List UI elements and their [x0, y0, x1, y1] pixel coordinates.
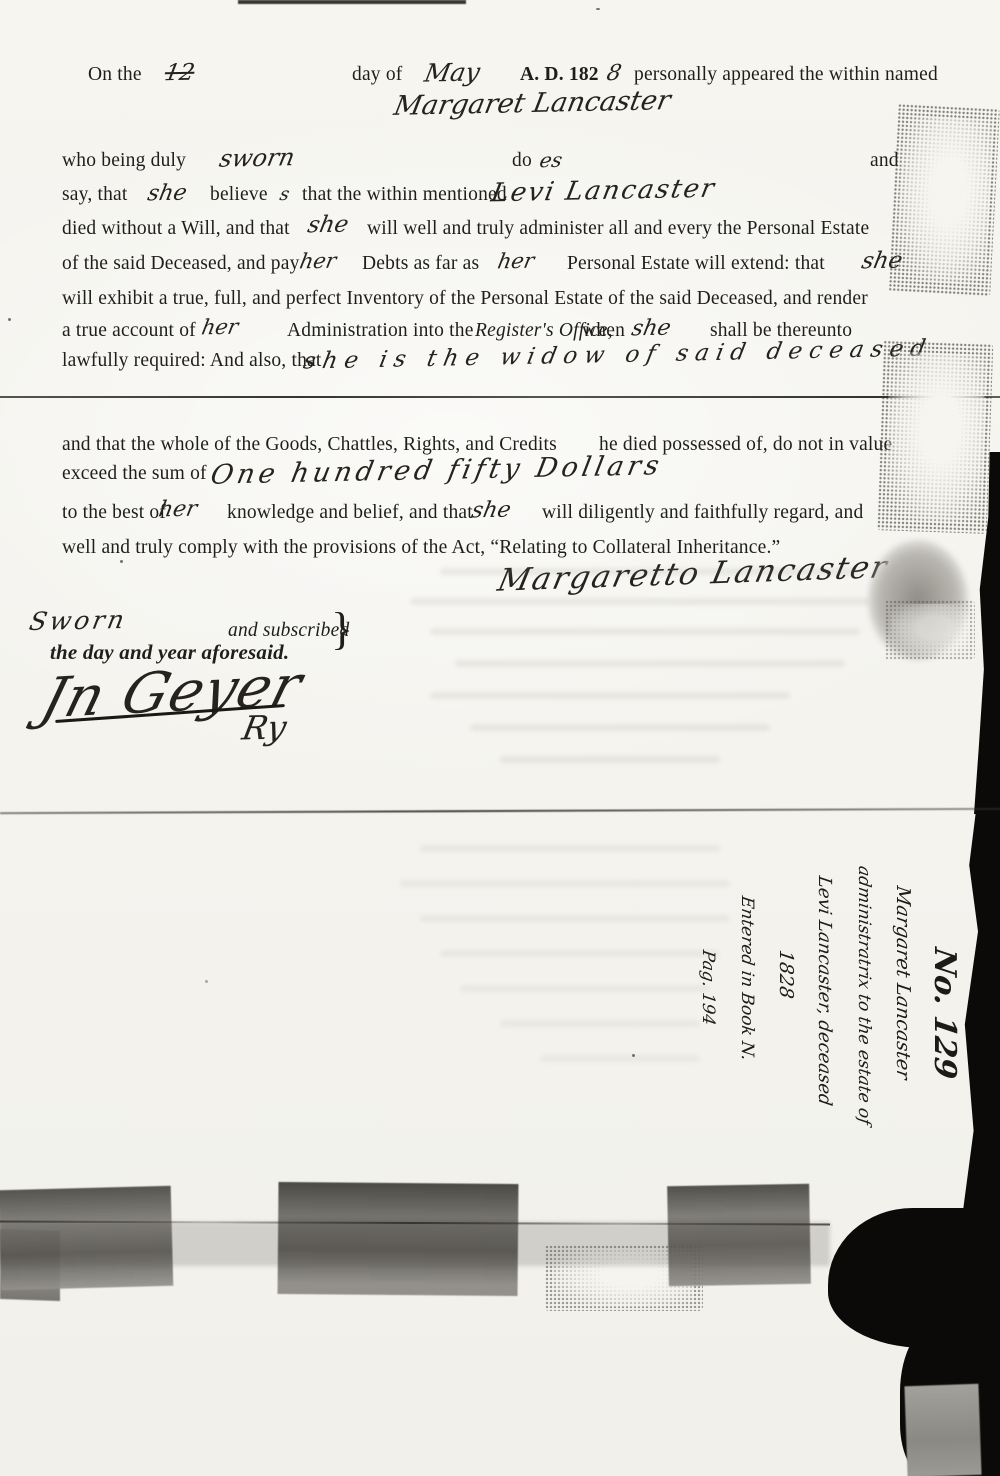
- registrar-suffix-text: Ry: [239, 708, 290, 748]
- handwritten-day: 12: [162, 60, 196, 87]
- handwritten-her: her: [496, 249, 537, 274]
- printed-text: say, that: [62, 184, 128, 206]
- scan-artifact-patch: [877, 340, 994, 534]
- form-line-believe: say, that she believe s that the within …: [62, 184, 942, 214]
- speck: [632, 1054, 635, 1057]
- printed-text: On the: [88, 64, 142, 86]
- speck: [120, 560, 123, 563]
- handwritten-year-digit: 8: [605, 61, 624, 86]
- printed-text: Personal Estate will extend: that: [567, 253, 825, 275]
- docket-rotated-text: No. 129 Margaret Lancaster administratri…: [690, 862, 966, 1166]
- handwritten-her: her: [200, 315, 241, 340]
- printed-text: to the best of: [62, 502, 166, 524]
- printed-text: who being duly: [62, 150, 186, 172]
- printed-text: personally appeared the within named: [634, 64, 938, 86]
- printed-text: lawfully required: And also, that: [62, 350, 322, 372]
- bleed-through-text: [540, 1055, 700, 1062]
- handwritten-her: her: [157, 497, 200, 523]
- handwritten-month: May: [422, 57, 482, 87]
- speck: [205, 980, 208, 983]
- registrar-suffix: Ry: [243, 708, 286, 747]
- printed-text: and that the whole of the Goods, Chattle…: [62, 434, 557, 456]
- handwritten-sworn-word: Sworn: [30, 606, 127, 635]
- paper-fragment: [904, 1384, 981, 1476]
- bleed-through-text: [470, 724, 770, 731]
- printed-text: when: [582, 320, 625, 342]
- bleed-through-text: [455, 660, 845, 667]
- printed-text: that the within mentioned: [302, 184, 507, 206]
- form-line-administer: died without a Will, and that she will w…: [62, 218, 942, 248]
- fold-line: [0, 808, 1000, 814]
- printed-text: Debts as far as: [362, 253, 479, 275]
- bleed-through-text: [430, 628, 860, 635]
- section-divider-rule: [0, 396, 1000, 398]
- docket-role: administratrix to the estate of: [844, 863, 883, 1168]
- bleed-through-text: [400, 880, 730, 887]
- form-line-inventory: will exhibit a true, full, and perfect I…: [62, 288, 942, 318]
- bleed-through-text: [430, 692, 790, 699]
- form-line-debts: of the said Deceased, and pay her Debts …: [62, 253, 942, 283]
- bleed-through-text: [500, 756, 720, 763]
- bleed-through-text: [440, 950, 720, 957]
- handwritten-sworn: sworn: [217, 143, 297, 173]
- bleed-through-text: [420, 845, 720, 852]
- printed-text: Administration into the: [287, 320, 474, 342]
- form-line-amount: exceed the sum of One hundred fifty Doll…: [62, 463, 942, 493]
- top-edge-mark: [238, 0, 466, 4]
- printed-text: A. D. 182: [520, 64, 599, 86]
- handwritten-es: es: [538, 148, 565, 172]
- printed-text: believe: [210, 184, 268, 206]
- bleed-through-text: [460, 985, 710, 992]
- handwritten-appearer-name: Margaret Lancaster: [395, 88, 670, 119]
- speck: [596, 8, 600, 10]
- scan-artifact-patch: [888, 103, 1000, 296]
- form-line-widow: lawfully required: And also, that she is…: [62, 350, 942, 380]
- handwritten-decedent-name: Levi Lancaster: [489, 174, 719, 209]
- printed-text: knowledge and belief, and that: [227, 502, 473, 524]
- printed-text: do: [512, 150, 532, 172]
- brace-glyph: }: [331, 603, 353, 654]
- scanned-document-page: On the 12 day of May A. D. 182 8 persona…: [0, 0, 1000, 1476]
- docket-entered: Entered in Book N.: [727, 893, 766, 1168]
- printed-text: will diligently and faithfully regard, a…: [542, 502, 863, 524]
- bleed-through-text: [500, 1020, 700, 1027]
- speck: [8, 318, 11, 321]
- bleed-through-text: [440, 568, 860, 575]
- printed-text: died without a Will, and that: [62, 218, 290, 240]
- handwritten-she: she: [146, 181, 189, 207]
- docket-page-ref: Pag. 194: [688, 947, 727, 1168]
- printed-text: a true account of: [62, 320, 196, 342]
- docket-decedent: Levi Lancaster, deceased: [805, 873, 844, 1168]
- bleed-through-text: [410, 598, 870, 605]
- docket-name: Margaret Lancaster: [883, 883, 922, 1168]
- handwritten-her: her: [298, 249, 339, 274]
- curly-brace: }: [331, 606, 353, 652]
- printed-text: will well and truly administer all and e…: [367, 218, 869, 240]
- scan-artifact-patch: [885, 600, 975, 660]
- handwritten-s: s: [278, 184, 291, 205]
- handwritten-she: she: [630, 316, 673, 342]
- form-line-sworn: who being duly sworn do es and: [62, 150, 942, 180]
- docket-year: 1828: [766, 947, 805, 1168]
- docket-number: No. 129: [922, 945, 966, 1169]
- sworn-text: Sworn: [27, 605, 130, 636]
- stain-band: [0, 1222, 830, 1266]
- form-line-knowledge: to the best of her knowledge and belief,…: [62, 502, 942, 532]
- handwritten-she: she: [470, 498, 513, 524]
- printed-text: of the said Deceased, and pay: [62, 253, 300, 275]
- printed-text: day of: [352, 64, 402, 86]
- appearer-name-text: Margaret Lancaster: [391, 85, 673, 122]
- handwritten-she: she: [305, 212, 350, 239]
- bleed-through-text: [420, 915, 730, 922]
- printed-text: exceed the sum of: [62, 463, 207, 485]
- printed-text: will exhibit a true, full, and perfect I…: [62, 288, 868, 310]
